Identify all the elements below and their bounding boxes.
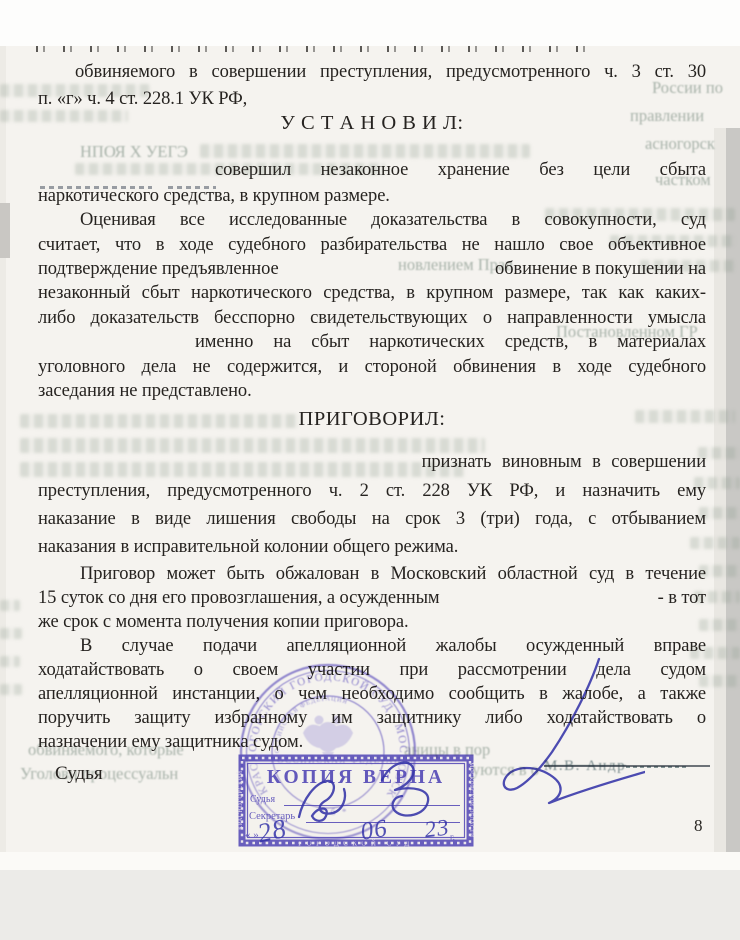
text-line: незаконный сбыт наркотического средства,… (38, 281, 706, 305)
judge-label: Судья (55, 763, 103, 785)
ghost-text-fragment: асногорск (645, 134, 715, 154)
ink-smudge (0, 656, 20, 667)
stamp-left-border-text: КРАСНОГОРСКИЙ (236, 770, 244, 830)
text-line: наказания в исправительной колонии общег… (38, 535, 458, 559)
text-chunk: обвинение в покушении на (495, 257, 706, 281)
signature-flourish-stroke (504, 659, 645, 803)
text-line: Приговор может быть обжалован в Московск… (80, 562, 706, 586)
handwritten-month: 06 (359, 815, 390, 846)
text-line: уголовного дела не содержится, и стороно… (38, 355, 706, 379)
text-line: Оценивая все исследованные доказательств… (80, 208, 706, 232)
page-number: 8 (694, 816, 703, 836)
text-line: именно на сбыт наркотических средств, в … (195, 330, 706, 354)
stamp-title: КОПИЯ ВЕРНА (267, 767, 445, 788)
text-chunk: 15 суток со дня его провозглашения, а ос… (38, 586, 440, 610)
clipped-text-line (36, 46, 596, 52)
text-line: признать виновным в совершении (38, 450, 706, 474)
heading-prigovoril: ПРИГОВОРИЛ: (38, 408, 706, 431)
scanner-top-margin (0, 0, 740, 46)
ghost-text-fragment: НПОЯ X УЕГЭ (80, 142, 188, 162)
heading-ustanovil: У С Т А Н О В И Л: (38, 112, 706, 135)
scanner-bottom-margin (0, 870, 740, 940)
text-line: подтверждение предъявленноеобвинение в п… (38, 257, 706, 281)
ink-smudge (0, 628, 22, 639)
ink-smudge (699, 619, 740, 631)
stamp-and-signatures: КРАСНОГОРСКИЙ ГОРОДСКОЙ СУД · МОСКОВСКОЙ… (225, 648, 645, 863)
text-line: либо доказательств бесспорно свидетельст… (38, 306, 706, 330)
text-line: совершил незаконное хранение без цели сб… (215, 158, 706, 182)
stamp-date-suffix: г. (450, 832, 455, 842)
ink-smudge (690, 537, 740, 549)
handwritten-day: 28 (255, 813, 290, 848)
page-left-edge (0, 46, 6, 870)
handwritten-year: 23 (423, 814, 451, 842)
text-line: заседания не представлено. (38, 379, 252, 403)
text-line: п. «г» ч. 4 ст. 228.1 УК РФ, (38, 87, 247, 111)
text-line: преступления, предусмотренного ч. 2 ст. … (38, 479, 706, 503)
stamp-judge-label: Судья (250, 794, 275, 805)
text-line: наркотического средства, в крупном разме… (38, 184, 390, 208)
page-edge-artifact (0, 203, 10, 258)
ink-smudge (0, 600, 20, 611)
text-line: же срок с момента получения копии пригов… (38, 610, 409, 634)
text-chunk: подтверждение предъявленное (38, 257, 279, 281)
ink-smudge (200, 144, 530, 158)
text-line: 15 суток со дня его провозглашения, а ос… (38, 586, 706, 610)
text-chunk: - в тот (658, 586, 706, 610)
stamp-right-border-text: МОСКОВСКОЙ ОБЛАСТИ (468, 762, 476, 837)
scanned-court-document: России поправленииасногорскчасткомНПОЯ X… (0, 0, 740, 940)
text-line: считает, что в ходе судебного разбирател… (38, 233, 706, 257)
text-line: обвиняемого в совершении преступления, п… (75, 60, 706, 84)
ink-smudge (0, 684, 22, 695)
text-line: наказание в виде лишения свободы на срок… (38, 507, 706, 531)
